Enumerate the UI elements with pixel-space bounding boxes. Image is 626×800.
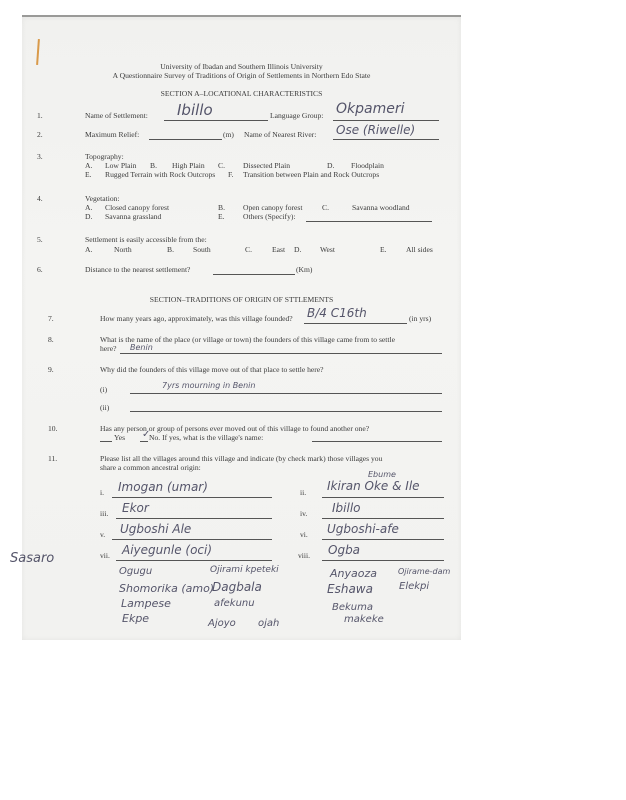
q9-label: Why did the founders of this village mov… (100, 365, 324, 374)
extra-village: afekunu (214, 598, 255, 609)
q2-answer-line-2[interactable] (333, 139, 439, 140)
q3-option-b-letter: B. (150, 161, 157, 170)
q4-option-b-letter: B. (218, 203, 225, 212)
q3-number: 3. (37, 152, 43, 161)
q7-unit: (in yrs) (409, 314, 431, 323)
q1-answer-line-2[interactable] (333, 120, 439, 121)
q11-item-viii: Ogba (328, 543, 360, 557)
q10-number: 10. (48, 424, 58, 433)
q11-item-i-number: i. (100, 488, 104, 497)
q11-item-vi-number: vi. (300, 530, 308, 539)
q7-number: 7. (48, 314, 54, 323)
extra-village: ojah (258, 618, 279, 629)
q4-option-e[interactable]: Others (Specify): (243, 212, 296, 221)
q8-answer: Benin (130, 343, 153, 352)
q3-option-b[interactable]: High Plain (172, 161, 205, 170)
q9-i-label: (i) (100, 385, 107, 394)
q5-option-e-letter: E. (380, 245, 387, 254)
q9-ii-label: (ii) (100, 403, 109, 412)
q7-label: How many years ago, approximately, was t… (100, 314, 293, 323)
extra-village: Ojirami kpeteki (210, 565, 279, 575)
q5-option-south[interactable]: South (193, 245, 211, 254)
q11-item-ii-number: ii. (300, 488, 306, 497)
q6-label: Distance to the nearest settlement? (85, 265, 190, 274)
q1-label-2: Language Group: (270, 111, 323, 120)
q10-no: No. If yes, what is the village's name: (149, 433, 263, 442)
q4-other-line[interactable] (306, 221, 432, 222)
q6-unit: (Km) (296, 265, 312, 274)
extra-village: Shomorika (amo) (119, 582, 214, 595)
q5-option-east[interactable]: East (272, 245, 285, 254)
q11-item-viii-number: viii. (298, 551, 310, 560)
q5-option-west[interactable]: West (320, 245, 335, 254)
q4-option-d[interactable]: Savanna grassland (105, 212, 161, 221)
q1-number: 1. (37, 111, 43, 120)
q4-label: Vegetation: (85, 194, 120, 203)
q1-label: Name of Settlement: (85, 111, 148, 120)
q11-label: Please list all the villages around this… (100, 454, 382, 463)
q10-no-line[interactable] (140, 441, 148, 442)
q11-item-vii-number: vii. (100, 551, 110, 560)
q5-option-d-letter: D. (294, 245, 301, 254)
q5-option-all-sides[interactable]: All sides (406, 245, 433, 254)
extra-village: Elekpi (399, 581, 429, 592)
q11-item-v: Ugboshi Ale (120, 522, 191, 536)
q5-option-a-letter: A. (85, 245, 92, 254)
q11-item-viii-line[interactable] (322, 560, 444, 561)
q2-number: 2. (37, 130, 43, 139)
q1-answer-line[interactable] (164, 120, 268, 121)
q5-option-b-letter: B. (167, 245, 174, 254)
q7-answer: B/4 C16th (307, 306, 367, 320)
extra-village: Anyaoza (330, 567, 377, 580)
q11-item-iv: Ibillo (332, 501, 361, 515)
q3-option-e-letter: E. (85, 170, 92, 179)
q8-label-cont: here? (100, 344, 116, 353)
q2-unit: (m) (223, 130, 234, 139)
q11-item-iii: Ekor (122, 501, 149, 515)
q4-number: 4. (37, 194, 43, 203)
section-b-title: SECTION–TRADITIONS OF ORIGIN OF STTLEMEN… (22, 295, 461, 304)
q11-item-iv-number: iv. (300, 509, 307, 518)
q11-number: 11. (48, 454, 57, 463)
q5-number: 5. (37, 235, 43, 244)
q3-option-a[interactable]: Low Plain (105, 161, 136, 170)
q4-option-d-letter: D. (85, 212, 92, 221)
q11-item-v-number: v. (100, 530, 105, 539)
q11-item-vi-line[interactable] (322, 539, 444, 540)
q4-option-c[interactable]: Savanna woodland (352, 203, 410, 212)
margin-note-sasaro: Sasaro (10, 551, 54, 566)
q3-label: Topography: (85, 152, 124, 161)
q11-item-vi: Ugboshi-afe (327, 522, 399, 536)
q9-i-answer-line[interactable] (130, 393, 442, 394)
extra-village: Ogugu (119, 566, 152, 577)
q3-option-f-letter: F. (228, 170, 234, 179)
q6-number: 6. (37, 265, 43, 274)
section-a-title: SECTION A–LOCATIONAL CHARACTERISTICS (22, 89, 461, 98)
extra-village: Ajoyo (208, 618, 236, 629)
q11-item-iii-line[interactable] (116, 518, 272, 519)
q11-item-vii: Aiyegunle (oci) (122, 543, 212, 557)
q3-option-d[interactable]: Floodplain (351, 161, 384, 170)
extra-village: Bekuma (332, 602, 373, 613)
q4-option-c-letter: C. (322, 203, 329, 212)
q11-item-ii-note: Ebume (368, 470, 396, 479)
q10-answer-line[interactable] (312, 441, 442, 442)
q2-label: Maximum Relief: (85, 130, 139, 139)
q4-option-b[interactable]: Open canopy forest (243, 203, 302, 212)
q4-option-a-letter: A. (85, 203, 92, 212)
q3-option-d-letter: D. (327, 161, 334, 170)
q9-ii-answer-line[interactable] (130, 411, 442, 412)
q3-option-c-letter: C. (218, 161, 225, 170)
header-line-2: A Questionnaire Survey of Traditions of … (22, 71, 461, 80)
q3-option-f[interactable]: Transition between Plain and Rock Outcro… (243, 170, 379, 179)
q11-item-i: Imogan (umar) (118, 480, 208, 494)
extra-village: Dagbala (212, 580, 262, 594)
questionnaire-page: University of Ibadan and Southern Illino… (22, 15, 461, 640)
q1-answer: Ibillo (177, 101, 213, 119)
q11-item-iv-line[interactable] (322, 518, 444, 519)
q5-label: Settlement is easily accessible from the… (85, 235, 207, 244)
q8-answer-line[interactable] (120, 353, 442, 354)
q11-item-v-line[interactable] (112, 539, 272, 540)
q8-number: 8. (48, 335, 54, 344)
q1-answer-2: Okpameri (336, 101, 405, 117)
q9-number: 9. (48, 365, 54, 374)
q10-label: Has any person or group of persons ever … (100, 424, 369, 433)
q3-option-c[interactable]: Dissected Plain (243, 161, 290, 170)
q2-label-2: Name of Nearest River: (244, 130, 316, 139)
q11-item-iii-number: iii. (100, 509, 108, 518)
q10-yes: Yes (114, 433, 125, 442)
q11-item-vii-line[interactable] (116, 560, 272, 561)
extra-village: Ekpe (122, 612, 149, 625)
q6-answer-line[interactable] (213, 274, 295, 275)
q2-answer-2: Ose (Riwelle) (336, 123, 415, 137)
q9-i-answer: 7yrs mourning in Benin (162, 381, 255, 390)
q3-option-e[interactable]: Rugged Terrain with Rock Outcrops (105, 170, 215, 179)
q5-option-c-letter: C. (245, 245, 252, 254)
extra-village: Eshawa (327, 582, 373, 596)
extra-village: makeke (344, 614, 384, 625)
q5-option-north[interactable]: North (114, 245, 132, 254)
q11-item-i-line[interactable] (112, 497, 272, 498)
header-line-1: University of Ibadan and Southern Illino… (22, 62, 461, 71)
q4-option-e-letter: E. (218, 212, 225, 221)
q11-label-cont: share a common ancestral origin: (100, 463, 201, 472)
extra-village: Ojirame-dam (398, 567, 450, 576)
q11-item-ii: Ikiran Oke & Ile (327, 479, 420, 493)
q11-item-ii-line[interactable] (322, 497, 444, 498)
q10-yes-line[interactable] (100, 441, 112, 442)
q3-option-a-letter: A. (85, 161, 92, 170)
q2-answer-line[interactable] (149, 139, 222, 140)
q4-option-a[interactable]: Closed canopy forest (105, 203, 169, 212)
extra-village: Lampese (121, 597, 171, 610)
q7-answer-line[interactable] (304, 323, 407, 324)
